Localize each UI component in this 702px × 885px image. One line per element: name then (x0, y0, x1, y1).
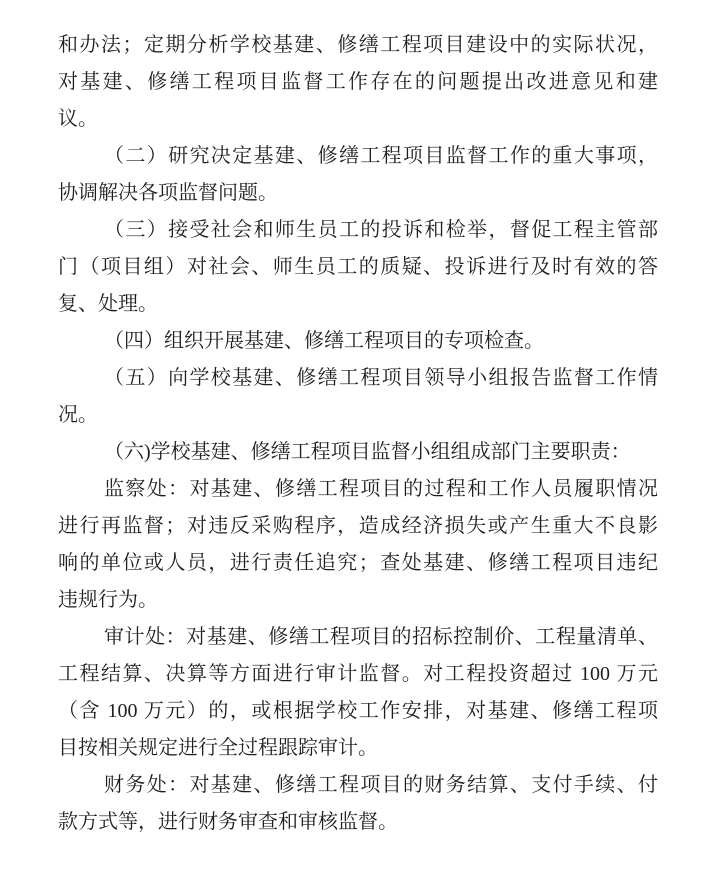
text-line-3: 议。 (58, 101, 658, 138)
document-page: 和办法；定期分析学校基建、修缮工程项目建设中的实际状况，对基建、修缮工程项目监督… (0, 0, 702, 885)
text-line-15: 响的单位或人员，进行责任追究；查处基建、修缮工程项目违纪 (58, 545, 658, 582)
text-line-16: 违规行为。 (58, 582, 658, 619)
text-line-18: 工程结算、决算等方面进行审计监督。对工程投资超过 100 万元 (58, 656, 658, 693)
text-line-9: （四）组织开展基建、修缮工程项目的专项检查。 (58, 323, 658, 360)
text-line-20: 目按相关规定进行全过程跟踪审计。 (58, 730, 658, 767)
text-line-10: （五）向学校基建、修缮工程项目领导小组报告监督工作情 (58, 360, 658, 397)
text-line-19: （含 100 万元）的，或根据学校工作安排，对基建、修缮工程项 (58, 693, 658, 730)
text-line-11: 况。 (58, 397, 658, 434)
text-line-5: 协调解决各项监督问题。 (58, 175, 658, 212)
text-line-4: （二）研究决定基建、修缮工程项目监督工作的重大事项， (58, 138, 658, 175)
text-line-13: 监察处：对基建、修缮工程项目的过程和工作人员履职情况 (58, 471, 658, 508)
text-line-14: 进行再监督；对违反采购程序，造成经济损失或产生重大不良影 (58, 508, 658, 545)
text-line-8: 复、处理。 (58, 286, 658, 323)
text-line-22: 款方式等，进行财务审查和审核监督。 (58, 804, 658, 841)
document-text-block: 和办法；定期分析学校基建、修缮工程项目建设中的实际状况，对基建、修缮工程项目监督… (0, 0, 702, 841)
text-line-12: （六)学校基建、修缮工程项目监督小组组成部门主要职责： (58, 434, 658, 471)
text-line-17: 审计处：对基建、修缮工程项目的招标控制价、工程量清单、 (58, 619, 658, 656)
text-line-1: 和办法；定期分析学校基建、修缮工程项目建设中的实际状况， (58, 27, 658, 64)
text-line-21: 财务处：对基建、修缮工程项目的财务结算、支付手续、付 (58, 767, 658, 804)
text-line-2: 对基建、修缮工程项目监督工作存在的问题提出改进意见和建 (58, 64, 658, 101)
text-line-7: 门（项目组）对社会、师生员工的质疑、投诉进行及时有效的答 (58, 249, 658, 286)
text-line-6: （三）接受社会和师生员工的投诉和检举，督促工程主管部 (58, 212, 658, 249)
